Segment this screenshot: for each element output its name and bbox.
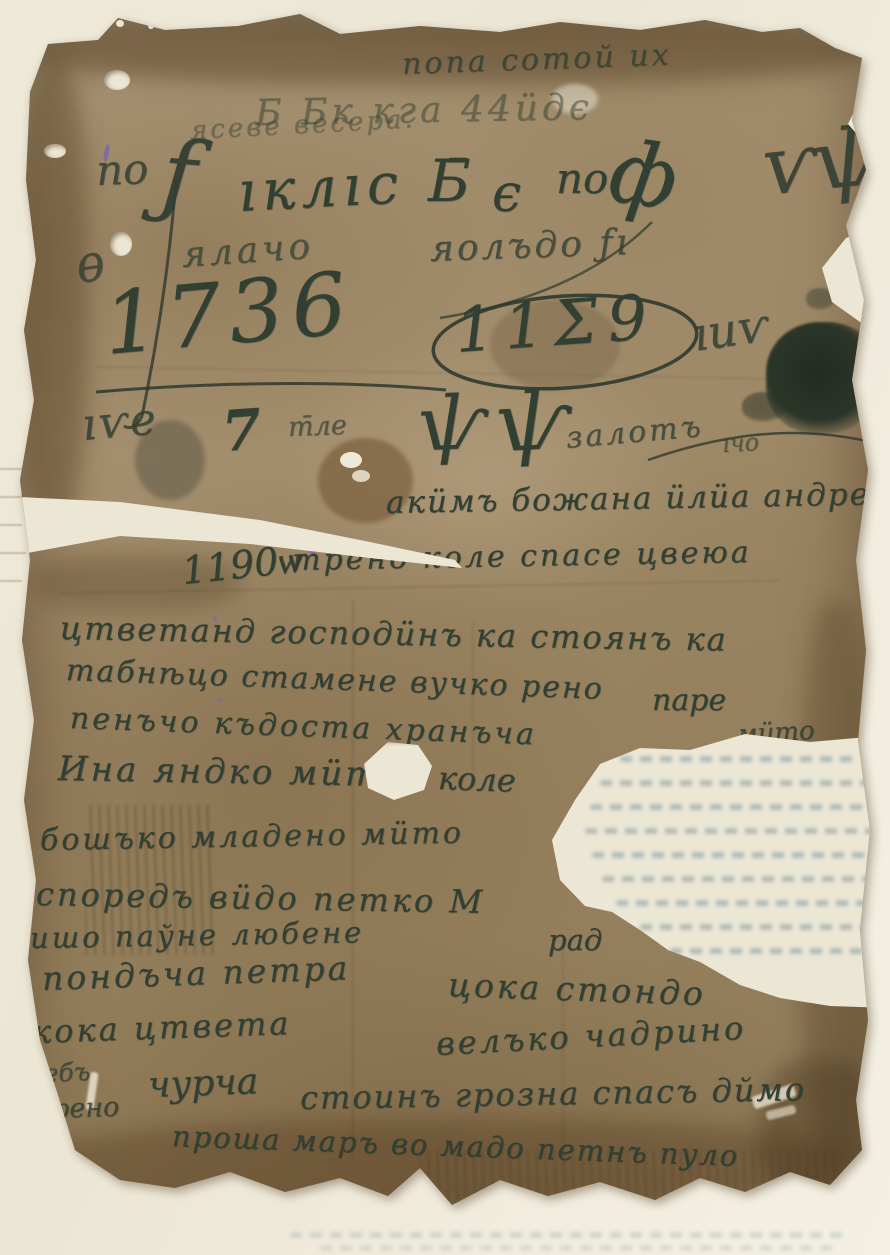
inscription-names: споредъ вӥдо петко М: [36, 878, 486, 918]
inscription-large: ıклıс: [237, 156, 406, 221]
torn-hole-small: [116, 20, 124, 27]
stain-highlight: [340, 452, 362, 468]
inscription-names: пондъча петра: [41, 951, 350, 995]
inscription-flourish: ф: [604, 128, 683, 223]
manuscript-photo: попа сотой их Б Бк кга 44ӥдє ясеве весер…: [0, 0, 890, 1255]
ghost-text-line: [640, 924, 878, 930]
inscription-word: рено: [52, 1094, 120, 1123]
ghost-text-line: [602, 876, 880, 882]
ghost-text-line: [670, 948, 875, 954]
inscription-year: 1736: [100, 260, 357, 368]
inscription-flourish: ıиѵ: [690, 302, 771, 358]
inscription-word: чурча: [147, 1064, 258, 1104]
texture-band: [18, 60, 88, 530]
inscription-large: Б̄: [428, 152, 471, 210]
ink-blot: [766, 322, 884, 434]
purple-speck: [218, 698, 222, 703]
torn-hole-small: [44, 144, 66, 158]
ghost-text-line: [620, 756, 860, 762]
inscription-names: стоинъ грозна спасъ дймо: [300, 1073, 807, 1114]
inscription-flourish: ѵѱ: [758, 115, 890, 208]
ghost-text-line: [600, 780, 875, 786]
inscription-names: Ина яндко мӥто: [58, 752, 405, 792]
inscription-names: бошъко младено мӥто: [40, 819, 464, 856]
parchment-fragment: попа сотой их Б Бк кга 44ӥдє ясеве весер…: [0, 0, 890, 1255]
ghost-text-line: [616, 900, 878, 906]
inscription-large: по: [556, 158, 608, 200]
inscription-faint: яолъдо ƒı: [429, 225, 630, 268]
inscription-word: паре: [652, 686, 726, 716]
ghost-text-line: [590, 804, 878, 810]
inscription-large: по: [95, 148, 149, 192]
inscription-line: ıѵе: [80, 397, 159, 447]
inscription-number: 7: [220, 401, 263, 460]
inscription-names: цока стондо: [447, 968, 706, 1010]
inscription-names: акӥмъ божана ӥлӥа андреи: [386, 479, 890, 519]
torn-hole-small: [104, 70, 130, 90]
inscription-names: кока цтвета: [31, 1007, 291, 1048]
stain-highlight: [352, 470, 370, 482]
inscription-faint: т̄ле: [288, 412, 348, 441]
ghost-text-line: [592, 852, 880, 858]
inscription-large: є: [492, 168, 521, 220]
inscription-number-circled: 11Σ9: [453, 286, 659, 362]
inscription-flourish: ѱ: [419, 386, 488, 462]
inscription-word: чебъ: [27, 1059, 91, 1087]
torn-hole-small: [148, 23, 154, 29]
inscription-faint: ıчо: [721, 430, 759, 456]
inscription-word: рад: [548, 926, 602, 955]
parchment-wrap: попа сотой их Б Бк кга 44ӥдє ясеве весер…: [0, 0, 890, 1255]
inscription-names: ишо паўне любене: [30, 918, 365, 953]
torn-hole-small: [110, 232, 132, 256]
ghost-text-line: [585, 828, 880, 834]
inscription-flourish: ѱ: [496, 380, 572, 464]
inscription-word: коле: [437, 762, 516, 797]
